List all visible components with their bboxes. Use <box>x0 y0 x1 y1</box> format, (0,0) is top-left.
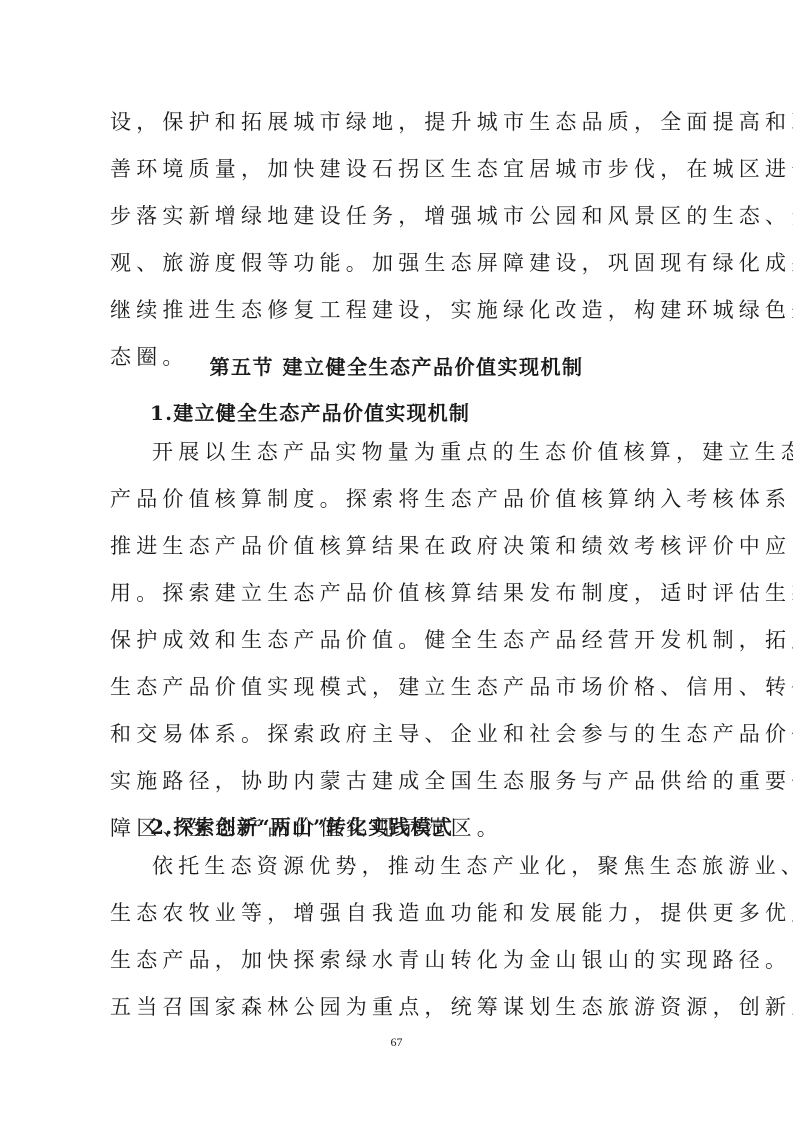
body-line: 生态产品，加快探索绿水青山转化为金山银山的实现路径。以 <box>110 945 690 975</box>
page-number: 67 <box>0 1035 793 1050</box>
body-line: 用。探索建立生态产品价值核算结果发布制度，适时评估生态 <box>110 578 690 608</box>
body-line: 生态农牧业等，增强自我造血功能和发展能力，提供更多优质 <box>110 898 690 928</box>
document-page: 设，保护和拓展城市绿地，提升城市生态品质，全面提高和改 善环境质量，加快建设石拐… <box>0 0 793 1122</box>
body-line: 实施路径，协助内蒙古建成全国生态服务与产品供给的重要保 <box>110 766 690 796</box>
body-line: 推进生态产品价值核算结果在政府决策和绩效考核评价中应 <box>110 531 690 561</box>
body-line: 开展以生态产品实物量为重点的生态价值核算，建立生态 <box>152 437 690 467</box>
body-line: 设，保护和拓展城市绿地，提升城市生态品质，全面提高和改 <box>110 107 690 137</box>
body-line: 生态产品价值实现模式，建立生态产品市场价格、信用、转化 <box>110 672 690 702</box>
body-line: 依托生态资源优势，推动生态产业化，聚焦生态旅游业、 <box>152 851 690 881</box>
body-line: 观、旅游度假等功能。加强生态屏障建设，巩固现有绿化成果， <box>110 248 690 278</box>
subsection-heading: 1.建立健全生态产品价值实现机制 <box>150 398 470 428</box>
body-line: 产品价值核算制度。探索将生态产品价值核算纳入考核体系， <box>110 484 690 514</box>
body-line: 继续推进生态修复工程建设，实施绿化改造，构建环城绿色生 <box>110 295 690 325</box>
section-title: 第五节 建立健全生态产品价值实现机制 <box>0 352 793 382</box>
subsection-heading: 2.探索创新“两山”转化实践模式 <box>150 812 453 842</box>
body-line: 五当召国家森林公园为重点，统筹谋划生态旅游资源，创新发 <box>110 992 690 1022</box>
body-line: 善环境质量，加快建设石拐区生态宜居城市步伐，在城区进一 <box>110 154 690 184</box>
body-line: 步落实新增绿地建设任务，增强城市公园和风景区的生态、景 <box>110 201 690 231</box>
body-line: 和交易体系。探索政府主导、企业和社会参与的生态产品价值 <box>110 719 690 749</box>
body-line: 保护成效和生态产品价值。健全生态产品经营开发机制，拓展 <box>110 625 690 655</box>
